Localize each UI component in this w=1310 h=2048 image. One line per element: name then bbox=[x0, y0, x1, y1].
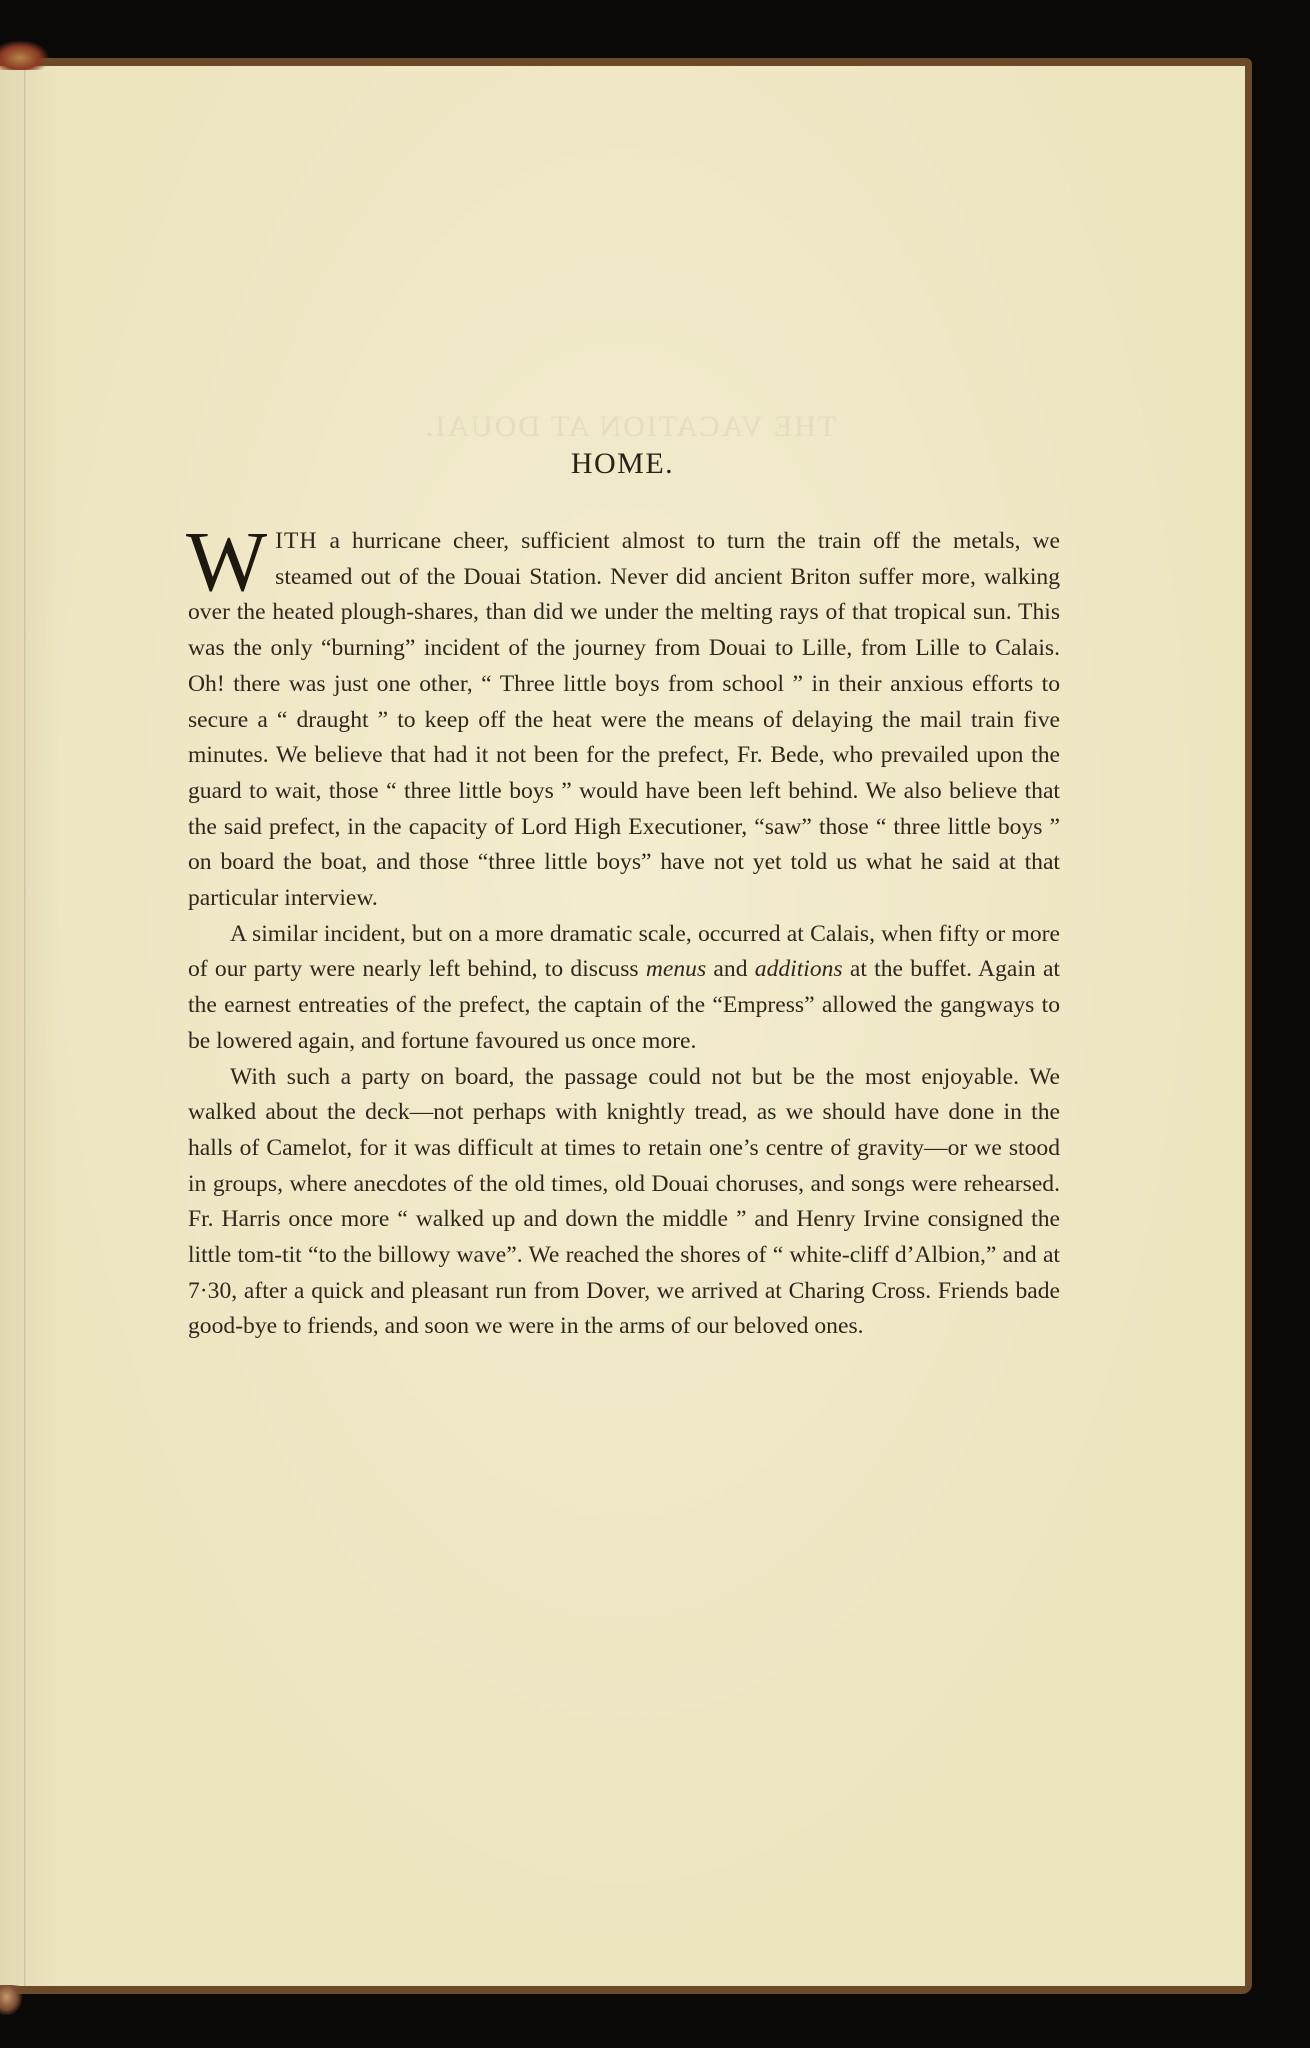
bleed-through-heading: THE VACATION AT DOUAI. bbox=[370, 410, 890, 444]
paragraph-3: With such a party on board, the passage … bbox=[188, 1060, 1060, 1346]
lead-in-caps: ITH bbox=[275, 528, 317, 554]
paragraph-3-text: With such a party on board, the passage … bbox=[188, 1064, 1060, 1340]
paragraph-1: WITH a hurricane cheer, sufficient almos… bbox=[188, 524, 1060, 917]
frayed-binding-bottom bbox=[0, 1985, 22, 2015]
paragraph-2-text-b: and bbox=[706, 956, 755, 982]
chapter-title: HOME. bbox=[0, 447, 1245, 481]
italic-menus: menus bbox=[646, 956, 706, 982]
paragraph-2: A similar incident, but on a more dramat… bbox=[188, 917, 1060, 1060]
paragraph-1-text: a hurricane cheer, sufficient almost to … bbox=[188, 528, 1060, 911]
frayed-binding-top bbox=[0, 40, 50, 70]
page-gutter-fold bbox=[24, 66, 27, 1986]
italic-additions: additions bbox=[755, 956, 843, 982]
drop-cap: W bbox=[186, 528, 267, 594]
body-text: WITH a hurricane cheer, sufficient almos… bbox=[188, 524, 1060, 1345]
